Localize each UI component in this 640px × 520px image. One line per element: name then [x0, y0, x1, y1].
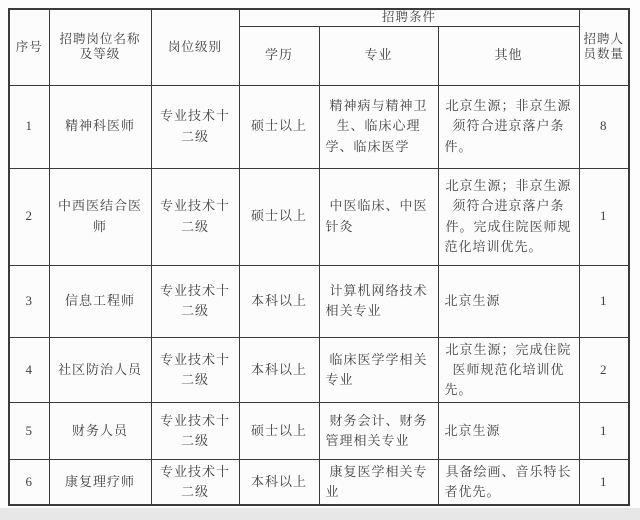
table-row-2: 2 中西医结合医师 专业技术十二级 硕士以上 中医临床、中医针灸 北京生源；非京… — [9, 168, 629, 265]
table-row-3: 3 信息工程师 专业技术十二级 本科以上 计算机网络技术相关专业 北京生源 1 — [9, 265, 629, 337]
table-row-1: 1 精神科医师 专业技术十二级 硕士以上 精神病与精神卫生、临床心理学、临床医学… — [9, 85, 629, 168]
cell-no: 6 — [9, 459, 49, 505]
cell-other: 北京生源；非京生源须符合进京落户条件。完成住院医师规范化培训优先。 — [438, 168, 579, 265]
cell-no: 3 — [9, 265, 49, 337]
header-row-top: 序号 招聘岗位名称及等级 岗位级别 招聘条件 招聘人员数量 — [9, 9, 629, 26]
cell-other: 北京生源 — [438, 402, 579, 459]
column-header-position: 招聘岗位名称及等级 — [49, 9, 151, 85]
cell-major: 精神病与精神卫生、临床心理学、临床医学 — [319, 85, 438, 168]
cell-major: 财务会计、财务管理相关专业 — [319, 402, 438, 459]
cell-count: 1 — [579, 265, 629, 337]
column-header-no: 序号 — [9, 9, 49, 85]
cell-no: 2 — [9, 168, 49, 265]
cell-count: 1 — [579, 168, 629, 265]
cell-education: 硕士以上 — [239, 168, 319, 265]
recruitment-table: 序号 招聘岗位名称及等级 岗位级别 招聘条件 招聘人员数量 学历 专业 其他 1… — [8, 8, 630, 506]
document-page: 序号 招聘岗位名称及等级 岗位级别 招聘条件 招聘人员数量 学历 专业 其他 1… — [0, 0, 640, 520]
cell-position: 中西医结合医师 — [49, 168, 151, 265]
cell-major: 中医临床、中医针灸 — [319, 168, 438, 265]
cell-count: 2 — [579, 337, 629, 402]
cell-major: 临床医学学相关专业 — [319, 337, 438, 402]
table-row-6: 6 康复理疗师 专业技术十二级 本科以上 康复医学相关专业 具备绘画、音乐特长者… — [9, 459, 629, 505]
column-header-level: 岗位级别 — [151, 9, 239, 85]
column-header-conditions: 招聘条件 — [239, 9, 579, 26]
cell-position: 信息工程师 — [49, 265, 151, 337]
cell-count: 1 — [579, 402, 629, 459]
cell-position: 精神科医师 — [49, 85, 151, 168]
cell-other: 具备绘画、音乐特长者优先。 — [438, 459, 579, 505]
column-header-education: 学历 — [239, 26, 319, 85]
cell-level: 专业技术十二级 — [151, 402, 239, 459]
page-bottom-strip — [0, 508, 640, 520]
table-row-4: 4 社区防治人员 专业技术十二级 本科以上 临床医学学相关专业 北京生源；完成住… — [9, 337, 629, 402]
table-row-5: 5 财务人员 专业技术十二级 硕士以上 财务会计、财务管理相关专业 北京生源 1 — [9, 402, 629, 459]
cell-level: 专业技术十二级 — [151, 265, 239, 337]
cell-no: 5 — [9, 402, 49, 459]
cell-major: 康复医学相关专业 — [319, 459, 438, 505]
cell-level: 专业技术十二级 — [151, 337, 239, 402]
cell-no: 4 — [9, 337, 49, 402]
cell-other: 北京生源；完成住院医师规范化培训优先。 — [438, 337, 579, 402]
cell-level: 专业技术十二级 — [151, 459, 239, 505]
cell-count: 1 — [579, 459, 629, 505]
column-header-count: 招聘人员数量 — [579, 9, 629, 85]
cell-position: 财务人员 — [49, 402, 151, 459]
column-header-other: 其他 — [438, 26, 579, 85]
cell-position: 康复理疗师 — [49, 459, 151, 505]
cell-position: 社区防治人员 — [49, 337, 151, 402]
cell-major: 计算机网络技术相关专业 — [319, 265, 438, 337]
cell-education: 本科以上 — [239, 459, 319, 505]
cell-level: 专业技术十二级 — [151, 168, 239, 265]
column-header-major: 专业 — [319, 26, 438, 85]
cell-level: 专业技术十二级 — [151, 85, 239, 168]
cell-other: 北京生源 — [438, 265, 579, 337]
cell-no: 1 — [9, 85, 49, 168]
cell-education: 本科以上 — [239, 265, 319, 337]
cell-count: 8 — [579, 85, 629, 168]
cell-education: 硕士以上 — [239, 85, 319, 168]
cell-other: 北京生源；非京生源须符合进京落户条件。 — [438, 85, 579, 168]
cell-education: 本科以上 — [239, 337, 319, 402]
cell-education: 硕士以上 — [239, 402, 319, 459]
